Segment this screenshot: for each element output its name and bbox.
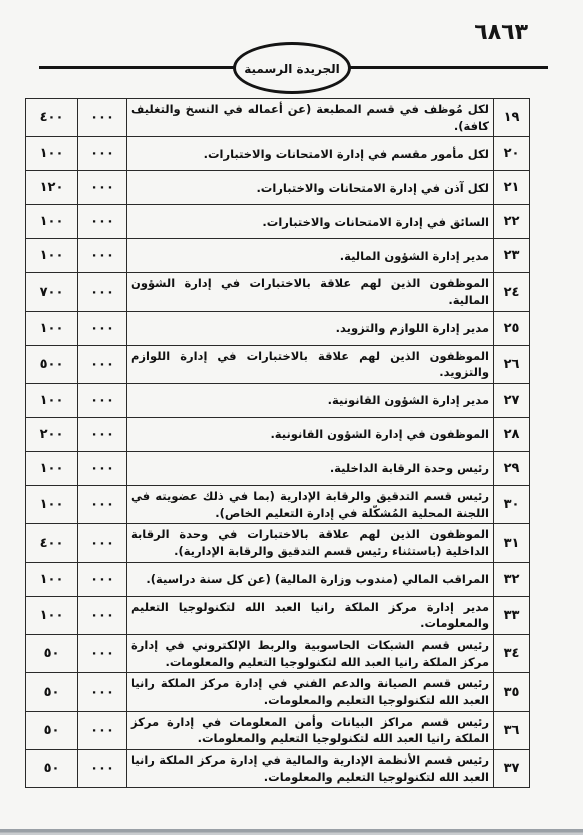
row-description-cell: رئيس وحدة الرقابة الداخلية. — [127, 452, 494, 486]
row-fils-cell: ٠٠٠ — [78, 205, 127, 239]
row-number-cell: ٢١ — [494, 171, 530, 205]
row-fils-cell: ٠٠٠ — [78, 273, 127, 311]
row-description-cell: رئيس قسم الشبكات الحاسوبية والربط الإلكت… — [127, 635, 494, 673]
row-description-cell: المراقب المالي (مندوب وزارة المالية) (عن… — [127, 562, 494, 596]
page-bottom-edge — [0, 829, 583, 835]
row-fils-cell: ٠٠٠ — [78, 486, 127, 524]
row-fils-cell: ٠٠٠ — [78, 452, 127, 486]
row-description-cell: الموظفون الذين لهم علاقة بالاختبارات في … — [127, 345, 494, 383]
row-number-cell: ٢٩ — [494, 452, 530, 486]
row-fils-cell: ٠٠٠ — [78, 137, 127, 171]
row-fils-cell: ٠٠٠ — [78, 99, 127, 137]
row-description-cell: لكل مُوظف في قسم المطبعة (عن أعماله في ا… — [127, 99, 494, 137]
row-amount-cell: ٤٠٠ — [26, 524, 78, 562]
row-amount-cell: ٥٠ — [26, 635, 78, 673]
page-number: ٦٨٦٣ — [474, 20, 528, 45]
row-fils-cell: ٠٠٠ — [78, 239, 127, 273]
row-number-cell: ٣٢ — [494, 562, 530, 596]
row-fils-cell: ٠٠٠ — [78, 711, 127, 749]
row-fils-cell: ٠٠٠ — [78, 750, 127, 788]
row-fils-cell: ٠٠٠ — [78, 345, 127, 383]
row-fils-cell: ٠٠٠ — [78, 596, 127, 634]
table-row: ٢٢ السائق في إدارة الامتحانات والاختبارا… — [26, 205, 530, 239]
fees-table: ١٩ لكل مُوظف في قسم المطبعة (عن أعماله ف… — [25, 98, 530, 788]
row-number-cell: ٣٧ — [494, 750, 530, 788]
table-row: ٣٢ المراقب المالي (مندوب وزارة المالية) … — [26, 562, 530, 596]
row-amount-cell: ١٠٠ — [26, 596, 78, 634]
row-description-cell: لكل مأمور مقسم في إدارة الامتحانات والاخ… — [127, 137, 494, 171]
row-amount-cell: ٢٠٠ — [26, 418, 78, 452]
row-amount-cell: ١٠٠ — [26, 239, 78, 273]
row-number-cell: ٣٥ — [494, 673, 530, 711]
row-number-cell: ٢٨ — [494, 418, 530, 452]
table-row: ٣٣ مدير إدارة مركز الملكة رانيا العبد ال… — [26, 596, 530, 634]
table-row: ٣٥ رئيس قسم الصيانة والدعم الفني في إدار… — [26, 673, 530, 711]
table-row: ٢٧ مدير إدارة الشؤون القانونية. ٠٠٠ ١٠٠ — [26, 384, 530, 418]
table-row: ٢٤ الموظفون الذين لهم علاقة بالاختبارات … — [26, 273, 530, 311]
table-row: ٢٩ رئيس وحدة الرقابة الداخلية. ٠٠٠ ١٠٠ — [26, 452, 530, 486]
row-amount-cell: ١٠٠ — [26, 452, 78, 486]
row-description-cell: مدير إدارة الشؤون القانونية. — [127, 384, 494, 418]
table-row: ٣٤ رئيس قسم الشبكات الحاسوبية والربط الإ… — [26, 635, 530, 673]
table-row: ٢٣ مدير إدارة الشؤون المالية. ٠٠٠ ١٠٠ — [26, 239, 530, 273]
row-description-cell: الموظفون الذين لهم علاقة بالاختبارات في … — [127, 524, 494, 562]
row-amount-cell: ١٠٠ — [26, 311, 78, 345]
row-number-cell: ٣١ — [494, 524, 530, 562]
row-fils-cell: ٠٠٠ — [78, 384, 127, 418]
row-description-cell: رئيس قسم التدقيق والرقابة الإدارية (بما … — [127, 486, 494, 524]
row-amount-cell: ٥٠ — [26, 711, 78, 749]
gazette-seal-label: الجريدة الرسمية — [244, 62, 340, 76]
row-description-cell: مدير إدارة اللوازم والتزويد. — [127, 311, 494, 345]
row-amount-cell: ٥٠ — [26, 750, 78, 788]
table-row: ٣٧ رئيس قسم الأنظمة الإدارية والمالية في… — [26, 750, 530, 788]
row-amount-cell: ١٠٠ — [26, 384, 78, 418]
table-row: ١٩ لكل مُوظف في قسم المطبعة (عن أعماله ف… — [26, 99, 530, 137]
row-number-cell: ٣٠ — [494, 486, 530, 524]
row-number-cell: ٢٣ — [494, 239, 530, 273]
row-amount-cell: ٧٠٠ — [26, 273, 78, 311]
row-fils-cell: ٠٠٠ — [78, 524, 127, 562]
row-amount-cell: ١٠٠ — [26, 562, 78, 596]
row-number-cell: ٢٤ — [494, 273, 530, 311]
row-description-cell: رئيس قسم الأنظمة الإدارية والمالية في إد… — [127, 750, 494, 788]
table-row: ٢٥ مدير إدارة اللوازم والتزويد. ٠٠٠ ١٠٠ — [26, 311, 530, 345]
row-description-cell: مدير إدارة الشؤون المالية. — [127, 239, 494, 273]
table-row: ٢١ لكل آذن في إدارة الامتحانات والاختبار… — [26, 171, 530, 205]
row-description-cell: الموظفون في إدارة الشؤون القانونية. — [127, 418, 494, 452]
row-amount-cell: ١٢٠ — [26, 171, 78, 205]
fees-table-body: ١٩ لكل مُوظف في قسم المطبعة (عن أعماله ف… — [26, 99, 530, 788]
row-fils-cell: ٠٠٠ — [78, 673, 127, 711]
table-row: ٢٨ الموظفون في إدارة الشؤون القانونية. ٠… — [26, 418, 530, 452]
gazette-page: ٦٨٦٣ الجريدة الرسمية ١٩ لكل مُوظف في قسم… — [0, 0, 583, 835]
row-fils-cell: ٠٠٠ — [78, 311, 127, 345]
row-amount-cell: ٥٠ — [26, 673, 78, 711]
row-number-cell: ٣٣ — [494, 596, 530, 634]
row-number-cell: ٣٤ — [494, 635, 530, 673]
row-number-cell: ٣٦ — [494, 711, 530, 749]
row-number-cell: ٢٠ — [494, 137, 530, 171]
table-row: ٣١ الموظفون الذين لهم علاقة بالاختبارات … — [26, 524, 530, 562]
table-row: ٣٠ رئيس قسم التدقيق والرقابة الإدارية (ب… — [26, 486, 530, 524]
row-number-cell: ٢٦ — [494, 345, 530, 383]
gazette-seal: الجريدة الرسمية — [233, 42, 351, 94]
row-description-cell: الموظفون الذين لهم علاقة بالاختبارات في … — [127, 273, 494, 311]
row-fils-cell: ٠٠٠ — [78, 171, 127, 205]
row-description-cell: رئيس قسم الصيانة والدعم الفني في إدارة م… — [127, 673, 494, 711]
table-row: ٢٠ لكل مأمور مقسم في إدارة الامتحانات وا… — [26, 137, 530, 171]
row-fils-cell: ٠٠٠ — [78, 635, 127, 673]
row-number-cell: ٢٥ — [494, 311, 530, 345]
row-amount-cell: ٤٠٠ — [26, 99, 78, 137]
row-description-cell: مدير إدارة مركز الملكة رانيا العبد الله … — [127, 596, 494, 634]
row-description-cell: رئيس قسم مراكز البيانات وأمن المعلومات ف… — [127, 711, 494, 749]
table-row: ٣٦ رئيس قسم مراكز البيانات وأمن المعلوما… — [26, 711, 530, 749]
row-amount-cell: ١٠٠ — [26, 137, 78, 171]
row-amount-cell: ١٠٠ — [26, 486, 78, 524]
row-amount-cell: ٥٠٠ — [26, 345, 78, 383]
row-fils-cell: ٠٠٠ — [78, 562, 127, 596]
row-number-cell: ٢٢ — [494, 205, 530, 239]
row-description-cell: السائق في إدارة الامتحانات والاختبارات. — [127, 205, 494, 239]
row-description-cell: لكل آذن في إدارة الامتحانات والاختبارات. — [127, 171, 494, 205]
row-fils-cell: ٠٠٠ — [78, 418, 127, 452]
row-number-cell: ١٩ — [494, 99, 530, 137]
table-row: ٢٦ الموظفون الذين لهم علاقة بالاختبارات … — [26, 345, 530, 383]
row-number-cell: ٢٧ — [494, 384, 530, 418]
row-amount-cell: ١٠٠ — [26, 205, 78, 239]
